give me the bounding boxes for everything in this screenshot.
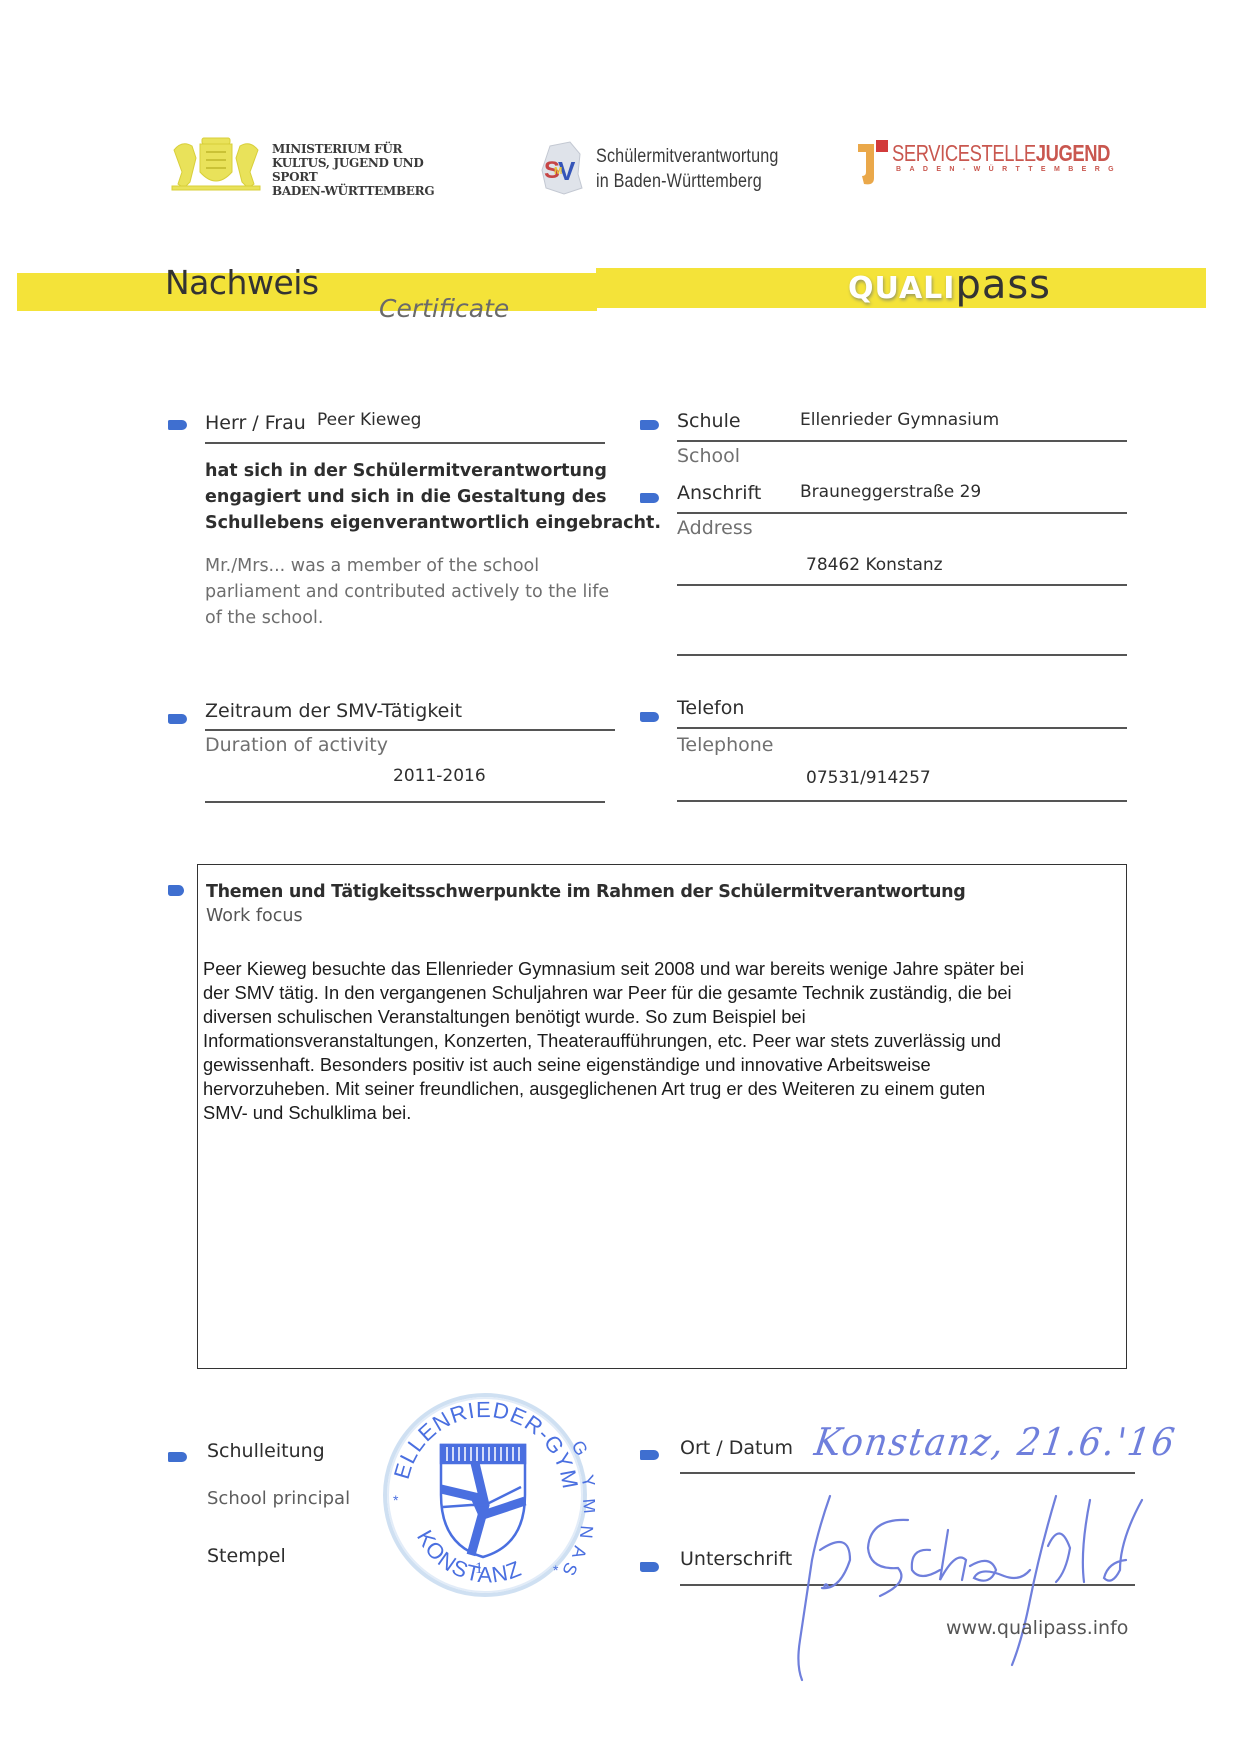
school-label-en: School bbox=[677, 445, 740, 467]
bullet-icon bbox=[640, 1562, 659, 1572]
svg-text:*: * bbox=[553, 1562, 559, 1578]
participation-statement: hat sich in der Schülermitverantwortung … bbox=[205, 458, 661, 536]
servicestelle-logo: SERVICESTELLEJUGEND BADEN-WÜRTTEMBERG bbox=[856, 140, 1156, 190]
participation-statement-en: Mr./Mrs... was a member of the school pa… bbox=[205, 553, 609, 631]
principal-label: Schulleitung bbox=[207, 1440, 325, 1462]
place-date-label: Ort / Datum bbox=[680, 1437, 793, 1459]
svg-text:S: S bbox=[558, 1559, 581, 1578]
work-focus-title-en: Work focus bbox=[206, 906, 303, 926]
school-underline bbox=[677, 440, 1127, 442]
phone-underline-2 bbox=[677, 800, 1127, 802]
svg-text:*: * bbox=[393, 1492, 399, 1508]
bullet-icon bbox=[168, 420, 187, 430]
servicestelle-title: SERVICESTELLEJUGEND bbox=[892, 140, 1110, 167]
place-date-underline bbox=[680, 1472, 1135, 1474]
website-link[interactable]: www.qualipass.info bbox=[946, 1617, 1128, 1639]
person-name: Peer Kieweg bbox=[317, 410, 421, 430]
bullet-icon bbox=[168, 1452, 187, 1462]
bullet-icon bbox=[640, 712, 659, 722]
address-line-1: Brauneggerstraße 29 bbox=[800, 482, 981, 502]
place-date-handwritten: Konstanz, 21.6.'16 bbox=[812, 1420, 1179, 1464]
smv-name: Schülermitverantwortung in Baden-Württem… bbox=[596, 144, 779, 194]
address-label: Anschrift bbox=[677, 482, 761, 504]
svg-text:M: M bbox=[579, 1498, 595, 1515]
svg-text:N: N bbox=[576, 1525, 595, 1540]
school-name: Ellenrieder Gymnasium bbox=[800, 410, 999, 430]
svg-text:M: M bbox=[554, 166, 562, 177]
duration-label: Zeitraum der SMV-Tätigkeit bbox=[205, 700, 462, 722]
address-line-2: 78462 Konstanz bbox=[806, 555, 943, 575]
person-underline bbox=[205, 442, 605, 444]
phone-underline-1 bbox=[677, 727, 1127, 729]
school-label: Schule bbox=[677, 410, 741, 432]
phone-value: 07531/914257 bbox=[806, 768, 931, 788]
servicestelle-subtitle: BADEN-WÜRTTEMBERG bbox=[896, 166, 1122, 173]
principal-label-en: School principal bbox=[207, 1488, 350, 1509]
person-label: Herr / Frau bbox=[205, 412, 306, 434]
school-stamp: ELLENRIEDER-GYMNASIUM KONSTANZ 1 * * G Y… bbox=[375, 1385, 595, 1605]
address-underline-3 bbox=[677, 654, 1127, 656]
bullet-icon bbox=[168, 714, 187, 724]
phone-label: Telefon bbox=[677, 697, 744, 719]
phone-label-en: Telephone bbox=[677, 734, 774, 756]
smv-logo: S V M Schülermitverantwortung in Baden-W… bbox=[540, 140, 820, 200]
servicestelle-j-icon bbox=[856, 140, 890, 186]
bullet-icon bbox=[168, 885, 184, 896]
work-focus-text: Peer Kieweg besuchte das Ellenrieder Gym… bbox=[203, 957, 1121, 1125]
coat-of-arms-icon bbox=[168, 136, 264, 192]
signature-strokes bbox=[790, 1490, 1150, 1690]
certificate-title: Nachweis bbox=[165, 263, 319, 302]
duration-value: 2011-2016 bbox=[393, 766, 486, 786]
ministry-name: MINISTERIUM FÜR KULTUS, JUGEND UND SPORT… bbox=[272, 142, 468, 198]
address-underline-1 bbox=[677, 512, 1127, 514]
duration-label-en: Duration of activity bbox=[205, 734, 388, 756]
ministry-logo: MINISTERIUM FÜR KULTUS, JUGEND UND SPORT… bbox=[168, 136, 468, 196]
address-underline-2 bbox=[677, 584, 1127, 586]
duration-underline-1 bbox=[205, 729, 615, 731]
signature-label: Unterschrift bbox=[680, 1548, 792, 1570]
certificate-subtitle: Certificate bbox=[379, 294, 509, 323]
address-label-en: Address bbox=[677, 517, 753, 539]
duration-underline-2 bbox=[205, 801, 605, 803]
qualipass-brand: QUALIpass bbox=[848, 262, 1051, 308]
coat-of-arms-icon bbox=[441, 1445, 525, 1557]
stamp-label: Stempel bbox=[207, 1545, 286, 1567]
bullet-icon bbox=[640, 420, 659, 430]
svg-text:A: A bbox=[568, 1544, 590, 1561]
work-focus-title: Themen und Tätigkeitsschwerpunkte im Rah… bbox=[206, 882, 966, 902]
bullet-icon bbox=[640, 493, 659, 503]
bullet-icon bbox=[640, 1450, 659, 1460]
smv-map-icon: S V M bbox=[540, 140, 584, 196]
svg-text:1: 1 bbox=[475, 1560, 483, 1577]
